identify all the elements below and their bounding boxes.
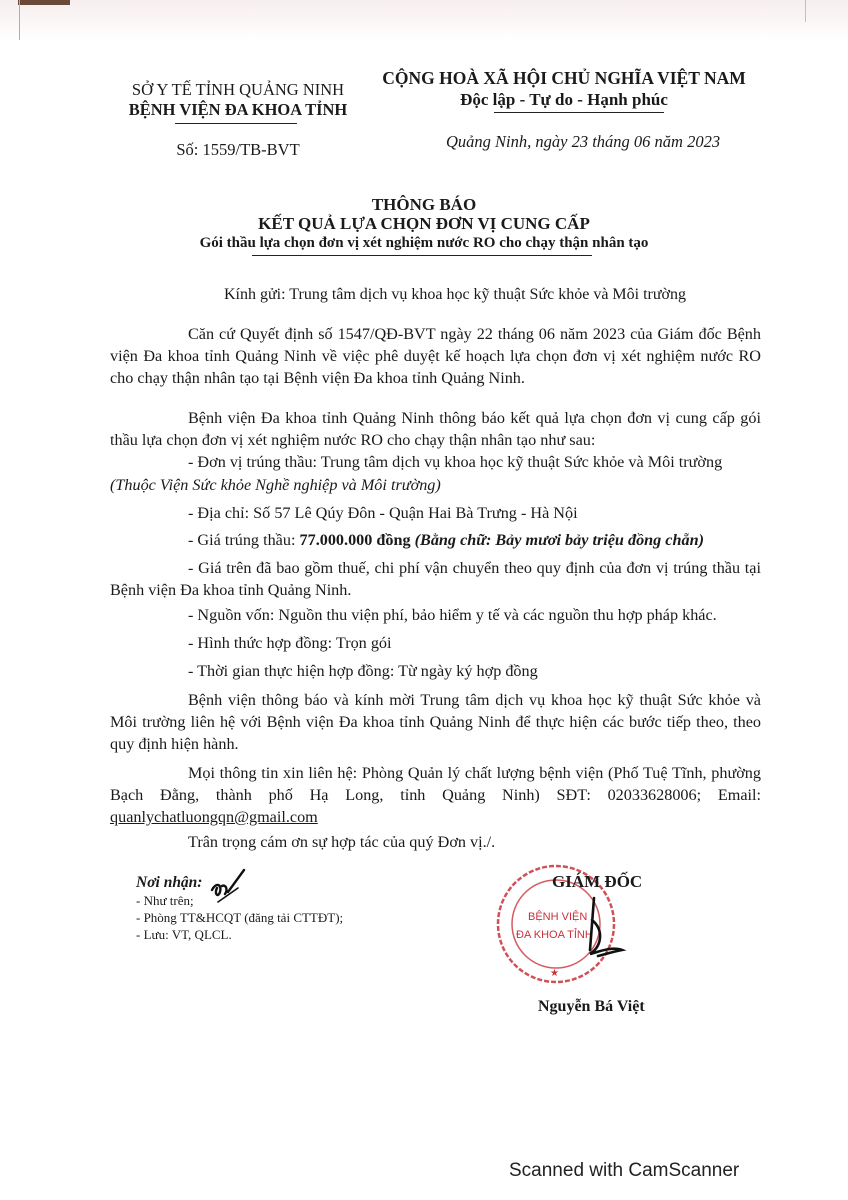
recipients-label: Nơi nhận: xyxy=(136,874,202,892)
email-link[interactable]: quanlychatluongqn@gmail.com xyxy=(110,808,318,826)
price-value: 77.000.000 đồng xyxy=(300,531,411,549)
divider xyxy=(494,112,664,113)
funding-line: - Nguồn vốn: Nguồn thu viện phí, bảo hiể… xyxy=(188,606,717,625)
closing-line: Trân trọng cám ơn sự hợp tác của quý Đơn… xyxy=(188,833,495,852)
paragraph-invitation: Bệnh viện thông báo và kính mời Trung tâ… xyxy=(110,689,761,755)
org-line-1: SỞ Y TẾ TỈNH QUẢNG NINH xyxy=(108,80,368,100)
initial-signature-icon xyxy=(208,868,248,908)
paragraph-text: Bệnh viện thông báo và kính mời Trung tâ… xyxy=(110,691,761,753)
place-date: Quảng Ninh, ngày 23 tháng 06 năm 2023 xyxy=(446,132,720,152)
winner-note: (Thuộc Viện Sức khỏe Nghề nghiệp và Môi … xyxy=(110,476,441,495)
scan-edge xyxy=(19,0,20,40)
scan-corner xyxy=(18,0,70,5)
document-title: THÔNG BÁO xyxy=(0,195,848,215)
document-number: Số: 1559/TB-BVT xyxy=(108,140,368,160)
paragraph-text: Căn cứ Quyết định số 1547/QĐ-BVT ngày 22… xyxy=(110,325,761,387)
contract-time-line: - Thời gian thực hiện hợp đồng: Từ ngày … xyxy=(188,662,538,681)
issuing-organization: SỞ Y TẾ TỈNH QUẢNG NINH BỆNH VIỆN ĐA KHO… xyxy=(108,80,368,120)
stamp-text: BỆNH VIỆN xyxy=(528,910,587,923)
recipient-item: - Lưu: VT, QLCL. xyxy=(136,927,232,943)
signer-name: Nguyễn Bá Việt xyxy=(538,998,645,1016)
scan-shadow xyxy=(0,0,848,40)
signer-title: GIÁM ĐỐC xyxy=(552,872,642,892)
contract-type-line: - Hình thức hợp đồng: Trọn gói xyxy=(188,634,392,653)
paragraph-basis: Căn cứ Quyết định số 1547/QĐ-BVT ngày 22… xyxy=(110,323,761,389)
nation-line-2: Độc lập - Tự do - Hạnh phúc xyxy=(368,89,760,110)
paragraph-text: - Giá trên đã bao gồm thuế, chi phí vận … xyxy=(110,559,761,599)
recipient-item: - Như trên; xyxy=(136,893,194,909)
price-words: (Bằng chữ: Bảy mươi bảy triệu đồng chẵn) xyxy=(411,531,704,549)
recipient-line: Kính gửi: Trung tâm dịch vụ khoa học kỹ … xyxy=(224,286,686,304)
paragraph-contact: Mọi thông tin xin liên hệ: Phòng Quản lý… xyxy=(110,762,761,828)
divider xyxy=(252,255,592,256)
document-subtitle: KẾT QUẢ LỰA CHỌN ĐƠN VỊ CUNG CẤP xyxy=(0,214,848,234)
recipient-item: - Phòng TT&HCQT (đăng tải CTTĐT); xyxy=(136,910,343,926)
address-line: - Địa chỉ: Số 57 Lê Qúy Đôn - Quận Hai B… xyxy=(188,504,578,523)
nation-line-1: CỘNG HOÀ XÃ HỘI CHỦ NGHĨA VIỆT NAM xyxy=(368,68,760,89)
paragraph-text: Mọi thông tin xin liên hệ: Phòng Quản lý… xyxy=(110,764,761,804)
scan-edge xyxy=(805,0,806,22)
divider xyxy=(175,123,297,124)
stamp-text: ĐA KHOA TỈNH xyxy=(516,928,593,941)
scanner-watermark: Scanned with CamScanner xyxy=(509,1160,739,1182)
national-motto: CỘNG HOÀ XÃ HỘI CHỦ NGHĨA VIỆT NAM Độc l… xyxy=(368,68,760,110)
price-line: - Giá trúng thầu: 77.000.000 đồng (Bằng … xyxy=(188,531,704,550)
org-line-2: BỆNH VIỆN ĐA KHOA TỈNH xyxy=(108,100,368,120)
paragraph-announcement: Bệnh viện Đa khoa tỉnh Quảng Ninh thông … xyxy=(110,407,761,451)
winner-line: - Đơn vị trúng thầu: Trung tâm dịch vụ k… xyxy=(188,453,722,472)
price-note: - Giá trên đã bao gồm thuế, chi phí vận … xyxy=(110,557,761,601)
paragraph-text: Bệnh viện Đa khoa tỉnh Quảng Ninh thông … xyxy=(110,409,761,449)
package-name: Gói thầu lựa chọn đơn vị xét nghiệm nước… xyxy=(0,235,848,252)
price-label: - Giá trúng thầu: xyxy=(188,531,300,549)
svg-text:★: ★ xyxy=(550,968,559,979)
